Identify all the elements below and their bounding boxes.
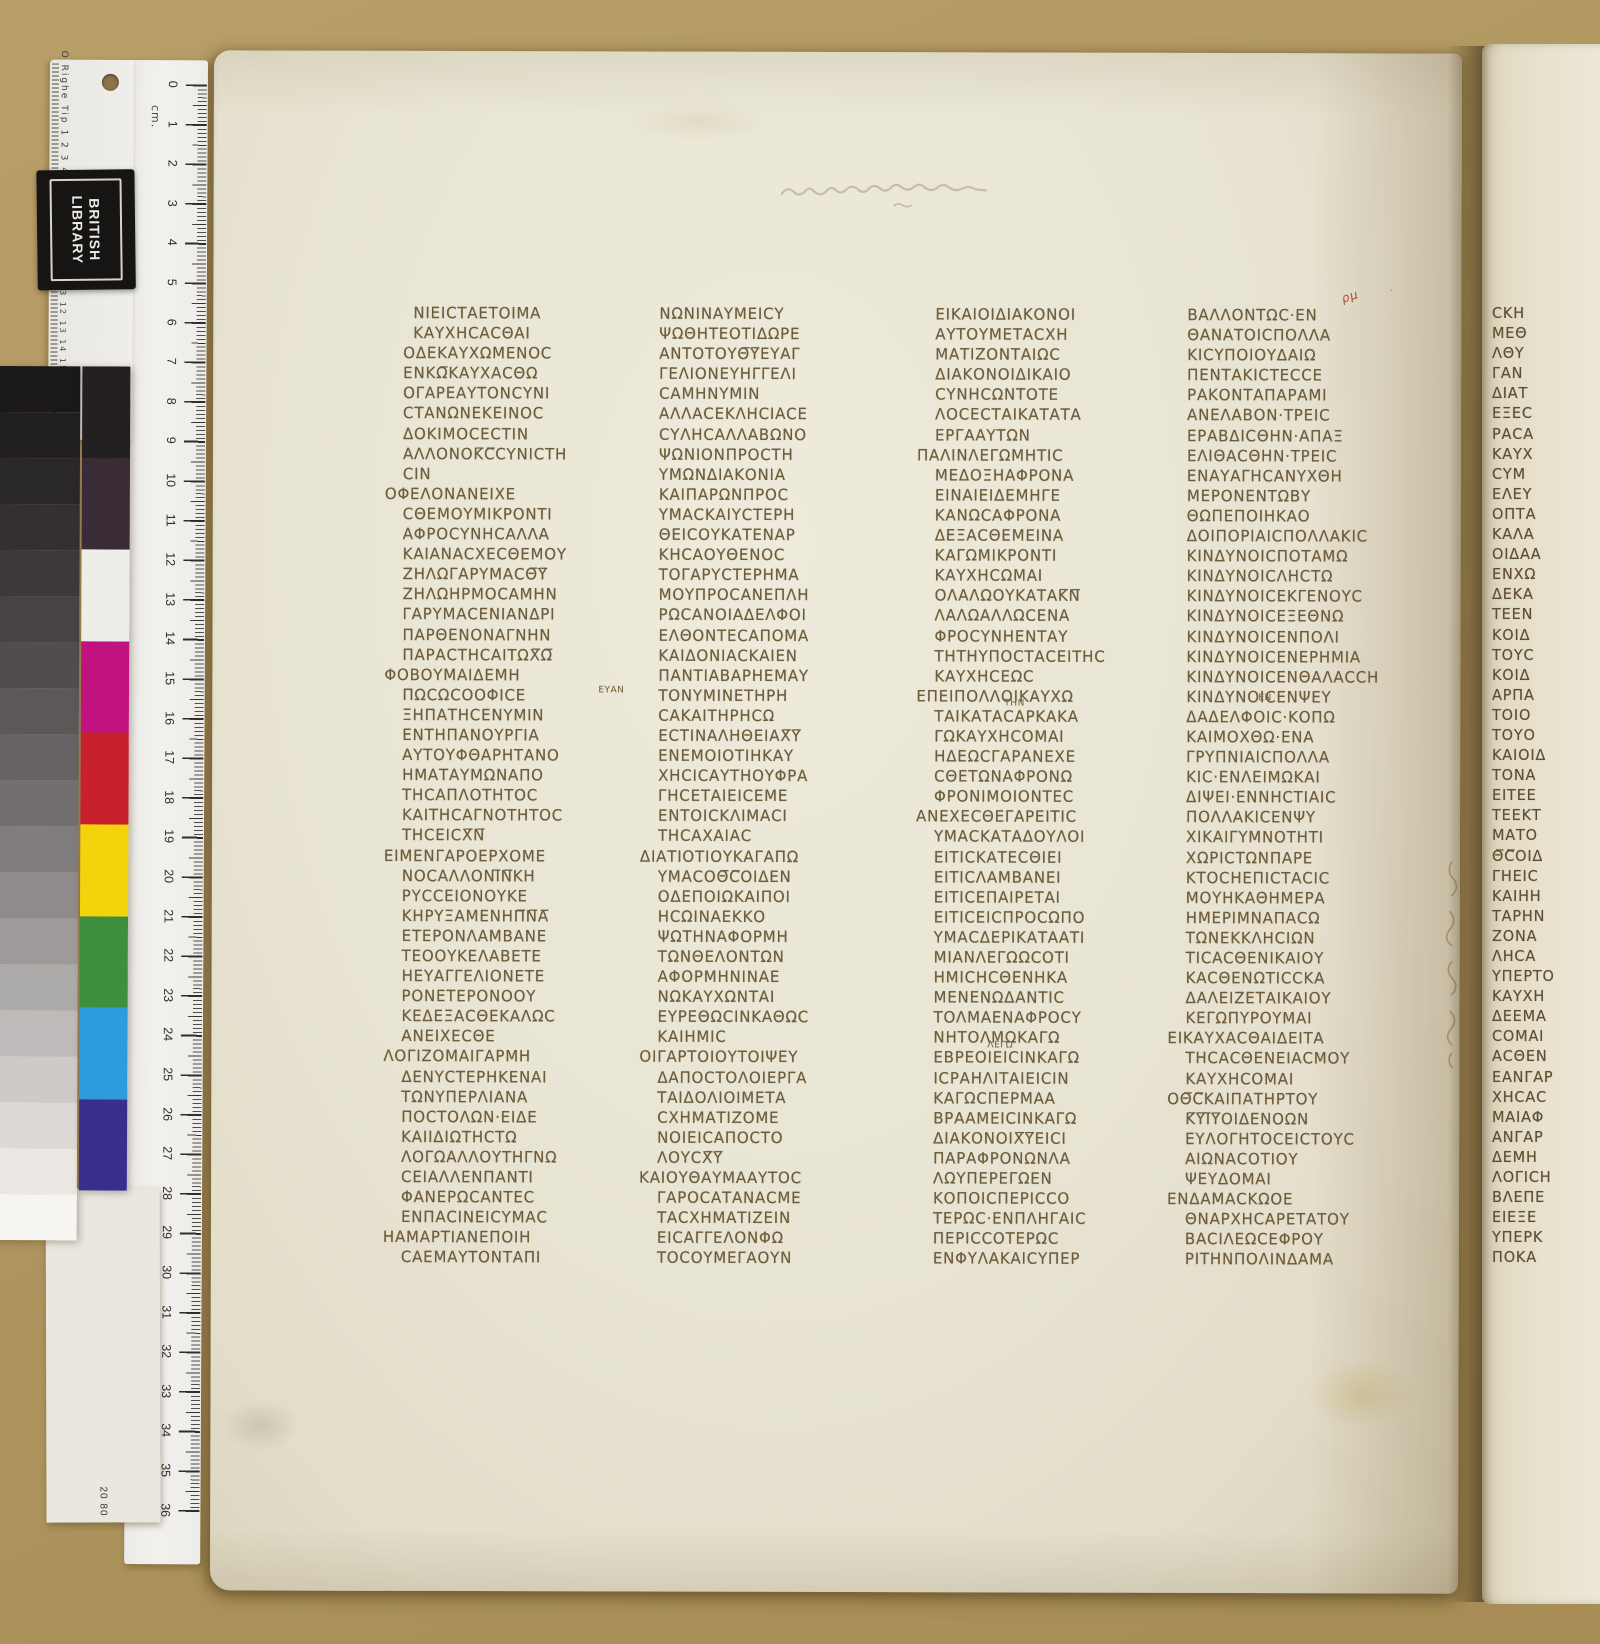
manuscript-line: ΜΙΑΝΛΕΓΩΩϹΟΤΙ xyxy=(934,947,1192,969)
manuscript-line: ΜΕΘ xyxy=(1492,324,1598,345)
manuscript-line: ΟΙΔΑΑ xyxy=(1492,545,1598,566)
manuscript-line: ΧΗϹΙϹΑΥΤΗΟΥΦΡΑ xyxy=(658,765,916,787)
manuscript-line: ϹΙΝ xyxy=(403,463,661,485)
manuscript-line: ΤΟΝΑ xyxy=(1492,766,1598,787)
manuscript-line: ΕΝΤΗΠΑΝΟΥΡΓΙΑ xyxy=(402,724,660,746)
manuscript-line: ΤΑΙΔΟΛΙΟΙΜΕΤΑ xyxy=(657,1087,915,1109)
manuscript-line: ΚΑΥΧΗϹΟΜΑΙ xyxy=(1185,1068,1443,1090)
manuscript-line: ΕΙΝΑΙΕΙΔΕΜΗΓΕ xyxy=(935,485,1193,507)
manuscript-line: ΜΟΥΗΚΑΘΗΜΕΡΑ xyxy=(1186,887,1444,909)
manuscript-line: ΤΟΙΟ xyxy=(1492,705,1598,726)
manuscript-line: ΝΩΝΙΝΑΥΜΕΙϹΥ xyxy=(659,303,917,325)
gray-step xyxy=(0,1056,77,1102)
manuscript-line: ϹΚΗ xyxy=(1492,304,1598,324)
manuscript-line: ΧΩΡΙϹΤΩΝΠΑΡΕ xyxy=(1186,847,1444,869)
manuscript-line: ΝΟϹΑΛΛΟΝΙ̅Ν̅ΚΗ xyxy=(402,865,660,887)
manuscript-line: ΤΗϹΑΧΑΙΑϹ xyxy=(658,826,916,848)
manuscript-line: ΚΑΓΩΜΙΚΡΟΝΤΙ xyxy=(935,545,1193,567)
scribal-correction: ΕΥΑΝ xyxy=(598,685,624,695)
manuscript-line: ΝΙΕΙϹΤΑΕΤΟΙΜΑ xyxy=(413,302,661,324)
manuscript-line: ΜΕΔΟΞΗΑΦΡΟΝΑ xyxy=(935,465,1193,487)
manuscript-line: ΕΙΚΑΙΟΙΔΙΑΚΟΝΟΙ xyxy=(935,304,1193,326)
swatch-black xyxy=(82,366,130,458)
manuscript-line: ΗΔΕΩϹΓΑΡΑΝΕΧΕ xyxy=(934,746,1192,768)
manuscript-line: ΤΗϹΕΙϹΧ̅Ν̅ xyxy=(402,825,660,847)
manuscript-line: ΥΜΑϹΚΑΙΥϹΤΕΡΗ xyxy=(659,504,917,526)
faint-inscription xyxy=(774,164,1004,213)
gray-step xyxy=(0,780,79,826)
gray-step xyxy=(0,1194,77,1240)
manuscript-line: ΕΙϹΑΓΓΕΛΟΝΦΩ xyxy=(657,1227,915,1249)
page-gutter-shadow xyxy=(1448,46,1486,1602)
manuscript-line: ΕΑΝΓΑΡ xyxy=(1492,1067,1598,1088)
manuscript-line: ΚΙΝΔΥΝΟΙϹΕΚΓΕΝΟΥϹ xyxy=(1187,586,1445,608)
manuscript-line: ΛΑΛΩΑΛΛΩϹΕΝΑ xyxy=(935,605,1193,627)
manuscript-line: ΨΩΤΗΝΑΦΟΡΜΗ xyxy=(658,926,916,948)
manuscript-line: ΕΥΡΕΘΩϹΙΝΚΑΘΩϹ xyxy=(657,1006,915,1028)
manuscript-line: ΔΟΚΙΜΟϹΕϹΤΙΝ xyxy=(403,423,661,445)
manuscript-line: ΕΛΘΟΝΤΕϹΑΠΟΜΑ xyxy=(658,625,916,647)
scribal-correction: ΛΕΓΩ xyxy=(987,1040,1013,1050)
gray-step xyxy=(0,504,80,550)
manuscript-line: ΦΑΝΕΡΩϹΑΝΤΕϹ xyxy=(401,1187,659,1209)
manuscript-line: ΗΑΜΑΡΤΙΑΝΕΠΟΙΗ xyxy=(383,1227,659,1249)
manuscript-line: ΘΑΝΑΤΟΙϹΠΟΛΛΑ xyxy=(1187,325,1445,347)
manuscript-line: ΑΥΤΟΥΦΘΑΡΗΤΑΝΟ xyxy=(402,745,660,767)
manuscript-line: ΚΗϹΑΟΥΘΕΝΟϹ xyxy=(659,544,917,566)
scribal-correction: ΕΝ xyxy=(1258,693,1271,703)
manuscript-line: ΤΗϹΑϹΘΕΝΕΙΑϹΜΟΥ xyxy=(1185,1048,1443,1070)
gray-step xyxy=(0,918,78,964)
manuscript-line: ΥΜΑϹΔΕΡΙΚΑΤΑΑΤΙ xyxy=(934,927,1192,949)
manuscript-line: ΚΑΝΩϹΑΦΡΟΝΑ xyxy=(935,505,1193,527)
manuscript-line: ΚΤΟϹΗΕΠΙϹΤΑϹΙϹ xyxy=(1186,867,1444,889)
manuscript-line: ΚΑΙΔΟΝΙΑϹΚΑΙΕΝ xyxy=(658,645,916,667)
gray-step xyxy=(0,550,80,596)
manuscript-line: ΓΩΚΑΥΧΗϹΟΜΑΙ xyxy=(934,726,1192,748)
swatch-white xyxy=(81,550,129,642)
manuscript-line: ΝΟΙΕΙϹΑΠΟϹΤΟ xyxy=(657,1127,915,1149)
manuscript-line: ΕΙΜΕΝΓΑΡΟΕΡΧΟΜΕ xyxy=(384,845,660,867)
manuscript-line: ΕΡΑΒΔΙϹΘΗΝ·ΑΠΑΞ xyxy=(1187,425,1445,447)
manuscript-line: ΚΑΙΤΗϹΑΓΝΟΤΗΤΟϹ xyxy=(402,805,660,827)
manuscript-line: ΤΑϹΧΗΜΑΤΙΖΕΙΝ xyxy=(657,1207,915,1229)
manuscript-line: ΤΕΕΚΤ xyxy=(1492,806,1598,827)
manuscript-line: ΕΙΤΙϹΚΑΤΕϹΘΙΕΙ xyxy=(934,846,1192,868)
next-page-text-column: ϹΚΗΜΕΘΛΘΥΓΑΝΔΙΑΤΕΞΕϹΡΑϹΑΚΑΥΧϹΥΜΕΛΕΥΟΠΤΑΚ… xyxy=(1492,304,1598,1269)
manuscript-line: ΠΑΡΘΕΝΟΝΑΓΝΗΝ xyxy=(402,624,660,646)
manuscript-line: ΘΝΑΡΧΗϹΑΡΕΤΑΤΟΥ xyxy=(1185,1209,1443,1231)
parchment-stain xyxy=(1306,1359,1416,1429)
manuscript-line: ΚΑΛΑ xyxy=(1492,525,1598,546)
manuscript-line: ΟΘ̅Ϲ̅ΚΑΙΠΑΤΗΡΤΟΥ xyxy=(1167,1088,1443,1110)
manuscript-line: ΝΗΤΟΛΜΩΚΑΓΩ xyxy=(933,1027,1191,1049)
gray-step xyxy=(0,688,79,734)
manuscript-line: ΚΑϹΘΕΝΩΤΙϹϹΚΑ xyxy=(1186,968,1444,990)
manuscript-line: ΛΟΓΙϹΗ xyxy=(1492,1168,1598,1189)
manuscript-line: ΚΕΓΩΠΥΡΟΥΜΑΙ xyxy=(1185,1008,1443,1030)
manuscript-line: ΑΛΛΟΝΟΚ̅Ϲ̅ϹΥΝΙϹΤΗ xyxy=(403,443,661,465)
manuscript-line: ΕΠΕΙΠΟΛΛΟΙΚΑΥΧΩ xyxy=(916,686,1192,708)
manuscript-line: ΕΙΚΑΥΧΑϹΘΑΙΔΕΙΤΑ xyxy=(1167,1028,1443,1050)
manuscript-line: ΔΟΙΠΟΡΙΑΙϹΠΟΛΛΑΚΙϹ xyxy=(1187,526,1445,548)
manuscript-line: ΕΙΤΙϹΕΠΑΙΡΕΤΑΙ xyxy=(934,887,1192,909)
manuscript-line: Κ̅Υ̅Ι̅Υ̅ΟΙΔΕΝΟΩΝ xyxy=(1185,1108,1443,1130)
manuscript-line: ΤΩΝΕΚΚΛΗϹΙΩΝ xyxy=(1186,927,1444,949)
manuscript-line: Θ̅Ϲ̅ΟΙΔ xyxy=(1492,846,1598,867)
manuscript-line: ϹΑΚΑΙΤΗΡΗϹΩ xyxy=(658,705,916,727)
manuscript-line: ϹΘΕΜΟΥΜΙΚΡΟΝΤΙ xyxy=(403,503,661,525)
manuscript-line: ΤΕΕΝ xyxy=(1492,605,1598,626)
text-column-4: ΒΑΛΛΟΝΤΩϹ·ΕΝΘΑΝΑΤΟΙϹΠΟΛΛΑΚΙϹΥΠΟΙΟΥΔΑΙΩΠΕ… xyxy=(1185,305,1446,1270)
manuscript-line: ΠΟϹΤΟΛΩΝ·ΕΙΔΕ xyxy=(401,1106,659,1128)
manuscript-line: ΚΑΙΗΜΙϹ xyxy=(657,1027,915,1049)
manuscript-line: ΔΑΛΕΙΖΕΤΑΙΚΑΙΟΥ xyxy=(1186,988,1444,1010)
manuscript-line: ΔΑΔΕΛΦΟΙϹ·ΚΟΠΩ xyxy=(1186,706,1444,728)
manuscript-line: ΕΝΧΩ xyxy=(1492,565,1598,586)
manuscript-line: ΤΟΥΟ xyxy=(1492,726,1598,747)
manuscript-line: ΕΝΠΑϹΙΝΕΙϹΥΜΑϹ xyxy=(401,1207,659,1229)
manuscript-line: ΖΟΝΑ xyxy=(1492,927,1598,948)
color-calibration-chart xyxy=(0,0,200,1644)
manuscript-line: ΚΙΝΔΥΝΟΙϹΕΝΕΡΗΜΙΑ xyxy=(1186,646,1444,668)
text-column-2: ΝΩΝΙΝΑΥΜΕΙϹΥΨΩΘΗΤΕΟΤΙΔΩΡΕΑΝΤΟΤΟΥΘ̅Υ̅ΕΥΑΓ… xyxy=(657,304,918,1269)
manuscript-line: ΤΩΝΥΠΕΡΛΙΑΝΑ xyxy=(401,1086,659,1108)
manuscript-line: ΛΟΓΩΑΛΛΟΥΤΗΓΝΩ xyxy=(401,1146,659,1168)
manuscript-line: ΕΙΤΕΕ xyxy=(1492,786,1598,807)
manuscript-line: ΕΙΕΞΕ xyxy=(1492,1208,1598,1229)
manuscript-line: ΕΝΚΩ̅ΚΑΥΧΑϹΘΩ xyxy=(403,363,661,385)
text-column-3: ΕΙΚΑΙΟΙΔΙΑΚΟΝΟΙΑΥΤΟΥΜΕΤΑϹΧΗΜΑΤΙΖΟΝΤΑΙΩϹΔ… xyxy=(933,304,1194,1269)
manuscript-line: ΒΡΑΑΜΕΙϹΙΝΚΑΓΩ xyxy=(933,1108,1191,1130)
manuscript-line: ΖΗΛΩΓΑΡΥΜΑϹΘ̅Υ̅ xyxy=(403,564,661,586)
manuscript-line: ϹΤΑΝΩΝΕΚΕΙΝΟϹ xyxy=(403,403,661,425)
gray-step xyxy=(0,872,78,918)
manuscript-line: ΚΑΙΟΥΘΑΥΜΑΑΥΤΟϹ xyxy=(639,1167,915,1189)
manuscript-line: ΑΦΡΟϹΥΝΗϹΑΛΛΑ xyxy=(403,523,661,545)
text-column-1: ΝΙΕΙϹΤΑΕΤΟΙΜΑΚΑΥΧΗϹΑϹΘΑΙΟΔΕΚΑΥΧΩΜΕΝΟϹΕΝΚ… xyxy=(401,303,662,1268)
manuscript-line: ΗΜΕΡΙΜΝΑΠΑϹΩ xyxy=(1186,907,1444,929)
manuscript-line: ΧΗϹΑϹ xyxy=(1492,1087,1598,1108)
manuscript-line: ΠΑΡΑΦΡΟΝΩΝΛΑ xyxy=(933,1148,1191,1170)
manuscript-line: ΑΝΕΧΕϹΘΕΓΑΡΕΙΤΙϹ xyxy=(916,806,1192,828)
manuscript-line: ΟΦΕΛΟΝΑΝΕΙΧΕ xyxy=(385,483,661,505)
manuscript-line: ΡΩϹΑΝΟΙΑΔΕΛΦΟΙ xyxy=(659,605,917,627)
manuscript-line: ΚΙΝΔΥΝΟΙϹΕΝΨΕΥ xyxy=(1186,686,1444,708)
manuscript-line: ΘΕΙϹΟΥΚΑΤΕΝΑΡ xyxy=(659,524,917,546)
manuscript-line: ΙϹΡΑΗΛΙΤΑΙΕΙϹΙΝ xyxy=(933,1067,1191,1089)
gray-step xyxy=(0,1102,77,1148)
manuscript-line: ΛΩΥΠΕΡΕΓΩΕΝ xyxy=(933,1168,1191,1190)
gray-step xyxy=(0,1010,78,1056)
manuscript-line: ΚΑΥΧΗϹΩΜΑΙ xyxy=(935,565,1193,587)
manuscript-line: ΔΕΞΑϹΘΕΜΕΙΝΑ xyxy=(935,525,1193,547)
manuscript-line: ΨΕΥΔΟΜΑΙ xyxy=(1185,1169,1443,1191)
manuscript-line: ϹΟΜΑΙ xyxy=(1492,1027,1598,1048)
manuscript-line: ΛΗϹΑ xyxy=(1492,947,1598,968)
parchment-stain xyxy=(624,101,774,141)
manuscript-line: ΟΔΕΠΟΙΩΚΑΙΠΟΙ xyxy=(658,886,916,908)
manuscript-line: ΑΙΩΝΑϹΟΤΙΟΥ xyxy=(1185,1148,1443,1170)
manuscript-line: ΚΑΙΜΟΧΘΩ·ΕΝΑ xyxy=(1186,726,1444,748)
manuscript-line: ΚΑΙΠΑΡΩΝΠΡΟϹ xyxy=(659,484,917,506)
manuscript-line: ΤΟϹΟΥΜΕΓΑΟΥΝ xyxy=(657,1248,915,1270)
manuscript-line: ΔΙΨΕΙ·ΕΝΝΗϹΤΙΑΙϹ xyxy=(1186,787,1444,809)
manuscript-line: ΤΕΟΟΥΚΕΛΑΒΕΤΕ xyxy=(402,945,660,967)
manuscript-line: ϹΥΝΗϹΩΝΤΟΤΕ xyxy=(935,384,1193,406)
manuscript-line: ΔΑΠΟϹΤΟΛΟΙΕΡΓΑ xyxy=(657,1067,915,1089)
manuscript-line: ΕΛΙΘΑϹΘΗΝ·ΤΡΕΙϹ xyxy=(1187,445,1445,467)
manuscript-line: ΡΟΝΕΤΕΡΟΝΟΟΥ xyxy=(402,986,660,1008)
manuscript-line: ϹΑΕΜΑΥΤΟΝΤΑΠΙ xyxy=(401,1247,659,1269)
manuscript-line: ΕΝΕΜΟΙΟΤΙΗΚΑΥ xyxy=(658,745,916,767)
manuscript-line: ΔΙΑΚΟΝΟΙΔΙΚΑΙΟ xyxy=(935,364,1193,386)
manuscript-line: ΠΑΛΙΝΛΕΓΩΜΗΤΙϹ xyxy=(917,444,1193,466)
swatch-dark-plum xyxy=(82,458,130,550)
swatch-red xyxy=(80,733,128,825)
manuscript-line: ΦΡΟϹΥΝΗΕΝΤΑΥ xyxy=(934,625,1192,647)
manuscript-line: ΔΕΜΗ xyxy=(1492,1148,1598,1169)
manuscript-line: ϹΘΕΤΩΝΑΦΡΟΝΩ xyxy=(934,766,1192,788)
manuscript-line: ΤΟΝΥΜΙΝΕΤΗΡΗ xyxy=(658,685,916,707)
manuscript-line: ΓΑΡΟϹΑΤΑΝΑϹΜΕ xyxy=(657,1187,915,1209)
manuscript-line: ΜΑΤΙΖΟΝΤΑΙΩϹ xyxy=(935,344,1193,366)
manuscript-line: ΑΝΕΛΑΒΟΝ·ΤΡΕΙϹ xyxy=(1187,405,1445,427)
manuscript-line: ΤΕΡΩϹ·ΕΝΠΛΗΓΑΙϹ xyxy=(933,1208,1191,1230)
manuscript-line: ΡΑΚΟΝΤΑΠΑΡΑΜΙ xyxy=(1187,385,1445,407)
manuscript-line: ΑΥΤΟΥΜΕΤΑϹΧΗ xyxy=(935,324,1193,346)
manuscript-line: ΕΡΓΑΑΥΤΩΝ xyxy=(935,424,1193,446)
swatch-yellow xyxy=(80,824,128,916)
manuscript-line: ΠΟΚΑ xyxy=(1492,1248,1598,1268)
scribal-correction: ΤΗΝ xyxy=(1004,698,1025,708)
manuscript-line: ΥΜΩΝΔΙΑΚΟΝΙΑ xyxy=(659,464,917,486)
manuscript-line: ΗϹΩΙΝΑΕΚΚΟ xyxy=(658,906,916,928)
manuscript-line: ΛΟϹΕϹΤΑΙΚΑΤΑΤΑ xyxy=(935,404,1193,426)
manuscript-line: ΚΑΙΑΝΑϹΧΕϹΘΕΜΟΥ xyxy=(403,544,661,566)
manuscript-line: ΚΙΝΔΥΝΟΙϹΠΟΤΑΜΩ xyxy=(1187,546,1445,568)
manuscript-line: ΚΑΙΙΔΙΩΤΗϹΤΩ xyxy=(401,1126,659,1148)
manuscript-line: ΕΝΑΥΑΓΗϹΑΝΥΧΘΗ xyxy=(1187,465,1445,487)
manuscript-line: ΟΓΑΡΕΑΥΤΟΝϹΥΝΙ xyxy=(403,383,661,405)
swatch-indigo xyxy=(79,1099,127,1191)
manuscript-line: ΥΜΑϹΚΑΤΑΔΟΥΛΟΙ xyxy=(934,826,1192,848)
manuscript-line: ΠΕΡΙϹϹΟΤΕΡΩϹ xyxy=(933,1228,1191,1250)
manuscript-line: ΜΕΝΕΝΩΔΑΝΤΙϹ xyxy=(934,987,1192,1009)
manuscript-line: ΚΙΝΔΥΝΟΙϹΛΗϹΤΩ xyxy=(1187,566,1445,588)
manuscript-line: ΗΜΙϹΗϹΘΕΝΗΚΑ xyxy=(934,967,1192,989)
manuscript-line: ϹΕΙΑΛΛΕΝΠΑΝΤΙ xyxy=(401,1166,659,1188)
manuscript-line: ΦΡΟΝΙΜΟΙΟΝΤΕϹ xyxy=(934,786,1192,808)
manuscript-line: ΚΙΝΔΥΝΟΙϹΕΝΘΑΛΑϹϹΗ xyxy=(1186,666,1444,688)
next-page-edge: ϹΚΗΜΕΘΛΘΥΓΑΝΔΙΑΤΕΞΕϹΡΑϹΑΚΑΥΧϹΥΜΕΛΕΥΟΠΤΑΚ… xyxy=(1482,44,1600,1604)
manuscript-line: ΛΘΥ xyxy=(1492,344,1598,365)
manuscript-line: ΤΙϹΑϹΘΕΝΙΚΑΙΟΥ xyxy=(1186,948,1444,970)
manuscript-line: ΚΙΝΔΥΝΟΙϹΕΞΕΘΝΩ xyxy=(1187,606,1445,628)
manuscript-line: ΒΛΕΠΕ xyxy=(1492,1188,1598,1209)
manuscript-line: ϹΥΜ xyxy=(1492,464,1598,485)
color-swatch-strip xyxy=(79,366,131,1191)
manuscript-line: ΕΝΤΟΙϹΚΛΙΜΑϹΙ xyxy=(658,805,916,827)
manuscript-line: ΕϹΤΙΝΑΛΗΘΕΙΑΧ̅Υ̅ xyxy=(658,725,916,747)
manuscript-line: ΗΕΥΑΓΓΕΛΙΟΝΕΤΕ xyxy=(402,966,660,988)
manuscript-line: ΓΑΝ xyxy=(1492,364,1598,385)
gray-step xyxy=(0,412,80,458)
manuscript-line: ΦΟΒΟΥΜΑΙΔΕΜΗ xyxy=(384,664,660,686)
manuscript-line: ϹΑΜΗΝΥΜΙΝ xyxy=(659,384,917,406)
manuscript-line: ΒΑΛΛΟΝΤΩϹ·ΕΝ xyxy=(1187,305,1445,327)
manuscript-line: ΓΑΡΥΜΑϹΕΝΙΑΝΔΡΙ xyxy=(403,604,661,626)
manuscript-line: ΕΙΤΙϹΛΑΜΒΑΝΕΙ xyxy=(934,866,1192,888)
gray-step xyxy=(0,826,78,872)
manuscript-line: ΚΙϹ·ΕΝΛΕΙΜΩΚΑΙ xyxy=(1186,767,1444,789)
manuscript-line: ϹΧΗΜΑΤΙΖΟΜΕ xyxy=(657,1107,915,1129)
manuscript-line: ΚΟΙΔ xyxy=(1492,665,1598,686)
manuscript-line: ΘΩΠΕΠΟΙΗΚΑΟ xyxy=(1187,505,1445,527)
manuscript-line: ΤΟΥϹ xyxy=(1492,645,1598,666)
ruler-bottom-numbers: 20 80 xyxy=(98,1486,109,1516)
manuscript-line: ΤΑΡΗΝ xyxy=(1492,906,1598,927)
manuscript-line: ΠΕΝΤΑΚΙϹΤΕϹϹΕ xyxy=(1187,365,1445,387)
manuscript-line: ΓΡΥΠΝΙΑΙϹΠΟΛΛΑ xyxy=(1186,747,1444,769)
manuscript-line: ΞΗΠΑΤΗϹΕΝΥΜΙΝ xyxy=(402,704,660,726)
manuscript-line: ΔΙΑΤΙΟΤΙΟΥΚΑΓΑΠΩ xyxy=(640,846,916,868)
manuscript-line: ΕΛΕΥ xyxy=(1492,484,1598,505)
text-block: ΝΙΕΙϹΤΑΕΤΟΙΜΑΚΑΥΧΗϹΑϹΘΑΙΟΔΕΚΑΥΧΩΜΕΝΟϹΕΝΚ… xyxy=(211,302,1462,1295)
manuscript-line: ΡΥϹϹΕΙΟΝΟΥΚΕ xyxy=(402,885,660,907)
manuscript-line: ΥΜΑϹΟΘ̅Ϲ̅ΟΙΔΕΝ xyxy=(658,866,916,888)
manuscript-line: ΧΙΚΑΙΓΥΜΝΟΤΗΤΙ xyxy=(1186,827,1444,849)
manuscript-line: ΑΛΛΑϹΕΚΛΗϹΙΑϹΕ xyxy=(659,404,917,426)
manuscript-line: ΜΟΥΠΡΟϹΑΝΕΠΛΗ xyxy=(659,584,917,606)
swatch-sky-blue xyxy=(79,1008,127,1100)
manuscript-line: ΜΕΡΟΝΕΝΤΩΒΥ xyxy=(1187,485,1445,507)
manuscript-line: ΟΔΕΚΑΥΧΩΜΕΝΟϹ xyxy=(403,343,661,365)
manuscript-line: ΡΑϹΑ xyxy=(1492,424,1598,445)
swatch-magenta xyxy=(81,641,129,733)
manuscript-line: ΑΡΠΑ xyxy=(1492,685,1598,706)
manuscript-line: ΝΩΚΑΥΧΩΝΤΑΙ xyxy=(658,986,916,1008)
manuscript-line: ΛΟΓΙΖΟΜΑΙΓΑΡΜΗ xyxy=(383,1046,659,1068)
manuscript-line: ΨΩΝΙΟΝΠΡΟϹΤΗ xyxy=(659,444,917,466)
manuscript-line: ΔΕΚΑ xyxy=(1492,585,1598,606)
manuscript-line: ΓΗΕΙϹ xyxy=(1492,866,1598,887)
grayscale-strip xyxy=(0,366,80,1240)
pencil-mark: ˯ xyxy=(1388,281,1393,292)
manuscript-line: ΔΕΝΥϹΤΕΡΗΚΕΝΑΙ xyxy=(401,1066,659,1088)
manuscript-line: ΕΝΔΑΜΑϹΚΩΟΕ xyxy=(1167,1189,1443,1211)
manuscript-line: ΟΙΓΑΡΤΟΙΟΥΤΟΙΨΕΥ xyxy=(639,1047,915,1069)
manuscript-line: ΑΝΤΟΤΟΥΘ̅Υ̅ΕΥΑΓ xyxy=(659,343,917,365)
manuscript-line: ΚΑΥΧΗϹΑϹΘΑΙ xyxy=(413,323,661,345)
manuscript-line: ΕΥΛΟΓΗΤΟϹΕΙϹΤΟΥϹ xyxy=(1185,1128,1443,1150)
manuscript-line: ΚΙΝΔΥΝΟΙϹΕΝΠΟΛΙ xyxy=(1186,626,1444,648)
gray-step xyxy=(0,596,79,642)
red-quire-numeral: ρμ xyxy=(1340,287,1361,306)
gray-step xyxy=(0,366,80,412)
manuscript-line: ΥΠΕΡΚ xyxy=(1492,1228,1598,1249)
manuscript-line: ΠΑΡΑϹΤΗϹΑΙΤΩΧ̅Ω̅ xyxy=(402,644,660,666)
manuscript-line: ΑΝΕΙΧΕϹΘΕ xyxy=(401,1026,659,1048)
manuscript-line: ΚΑΥΧΗϹΕΩϹ xyxy=(934,666,1192,688)
gray-step xyxy=(0,642,79,688)
manuscript-line: ΕΤΕΡΟΝΛΑΜΒΑΝΕ xyxy=(402,925,660,947)
manuscript-line: ΔΙΑΚΟΝΟΙΧ̅Υ̅ΕΙϹΙ xyxy=(933,1128,1191,1150)
manuscript-line: ΤΟΛΜΑΕΝΑΦΡΟϹΥ xyxy=(933,1007,1191,1029)
gray-step xyxy=(0,964,78,1010)
manuscript-line: ΒΑϹΙΛΕΩϹΕΦΡΟΥ xyxy=(1185,1229,1443,1251)
parchment-stain xyxy=(220,1398,300,1452)
manuscript-line: ΠΑΝΤΙΑΒΑΡΗΕΜΑΥ xyxy=(658,665,916,687)
manuscript-line: ΚΑΙΟΙΔ xyxy=(1492,746,1598,767)
manuscript-line: ΨΩΘΗΤΕΟΤΙΔΩΡΕ xyxy=(659,323,917,345)
manuscript-line: ΕΒΡΕΟΙΕΙϹΙΝΚΑΓΩ xyxy=(933,1047,1191,1069)
gray-step xyxy=(0,734,79,780)
manuscript-line: ΚΑΓΩϹΠΕΡΜΑΑ xyxy=(933,1088,1191,1110)
manuscript-line: ΚΕΔΕΞΑϹΘΕΚΑΛΩϹ xyxy=(401,1006,659,1028)
manuscript-line: ΔΙΑΤ xyxy=(1492,384,1598,405)
manuscript-line: ΤΗΤΗΥΠΟϹΤΑϹΕΙΤΗϹ xyxy=(934,645,1192,667)
swatch-green xyxy=(80,916,128,1008)
manuscript-line: ΖΗΛΩΗΡΜΟϹΑΜΗΝ xyxy=(403,584,661,606)
manuscript-line: ΤΩΝΘΕΛΟΝΤΩΝ xyxy=(658,946,916,968)
manuscript-line: ΡΙΤΗΝΠΟΛΙΝΔΑΜΑ xyxy=(1185,1249,1443,1271)
manuscript-line: ΕΝΦΥΛΑΚΑΙϹΥΠΕΡ xyxy=(933,1248,1191,1270)
manuscript-line: ΕΞΕϹ xyxy=(1492,404,1598,425)
gray-step xyxy=(0,458,80,504)
manuscript-line: ΚΟΙΔ xyxy=(1492,625,1598,646)
manuscript-line: ΚΙϹΥΠΟΙΟΥΔΑΙΩ xyxy=(1187,345,1445,367)
manuscript-line: ΟΠΤΑ xyxy=(1492,505,1598,526)
manuscript-line: ΑΝΓΑΡ xyxy=(1492,1127,1598,1148)
manuscript-line: ΠΟΛΛΑΚΙϹΕΝΨΥ xyxy=(1186,807,1444,829)
manuscript-line: ΜΑΙΑΦ xyxy=(1492,1107,1598,1128)
manuscript-line: ΚΟΠΟΙϹΠΕΡΙϹϹΟ xyxy=(933,1188,1191,1210)
manuscript-line: ΤΟΓΑΡΥϹΤΕΡΗΜΑ xyxy=(659,564,917,586)
manuscript-line: ΑΦΟΡΜΗΝΙΝΑΕ xyxy=(658,966,916,988)
manuscript-line: ΤΑΙΚΑΤΑϹΑΡΚΑΚΑ xyxy=(934,706,1192,728)
manuscript-line: ΥΠΕΡΤΟ xyxy=(1492,967,1598,988)
manuscript-line: ΓΕΛΙΟΝΕΥΗΓΓΕΛΙ xyxy=(659,363,917,385)
manuscript-line: ΚΑΥΧΗ xyxy=(1492,987,1598,1008)
manuscript-line: ΑϹΘΕΝ xyxy=(1492,1047,1598,1068)
gray-step xyxy=(0,1148,77,1194)
manuscript-line: ΚΑΙΗΗ xyxy=(1492,886,1598,907)
manuscript-line: ΕΙΤΙϹΕΙϹΠΡΟϹΩΠΟ xyxy=(934,907,1192,929)
manuscript-line: ΚΑΥΧ xyxy=(1492,444,1598,465)
manuscript-line: ΗΜΑΤΑΥΜΩΝΑΠΟ xyxy=(402,765,660,787)
manuscript-line: ΛΟΥϹΧ̅Υ̅ xyxy=(657,1147,915,1169)
manuscript-line: ϹΥΛΗϹΑΛΛΑΒΩΝΟ xyxy=(659,424,917,446)
manuscript-line: ΚΗΡΥΞΑΜΕΝΗΠ̅Ν̅Α̅ xyxy=(402,905,660,927)
manuscript-line: ΔΕΕΜΑ xyxy=(1492,1007,1598,1028)
manuscript-page: ΝΙΕΙϹΤΑΕΤΟΙΜΑΚΑΥΧΗϹΑϹΘΑΙΟΔΕΚΑΥΧΩΜΕΝΟϹΕΝΚ… xyxy=(210,50,1462,1593)
manuscript-line: ΤΗϹΑΠΛΟΤΗΤΟϹ xyxy=(402,785,660,807)
manuscript-line: ΜΑΤΟ xyxy=(1492,826,1598,847)
manuscript-line: ΓΗϹΕΤΑΙΕΙϹΕΜΕ xyxy=(658,785,916,807)
manuscript-line: ΟΛΑΛΩΟΥΚΑΤΑΚ̅Ν̅ xyxy=(935,585,1193,607)
